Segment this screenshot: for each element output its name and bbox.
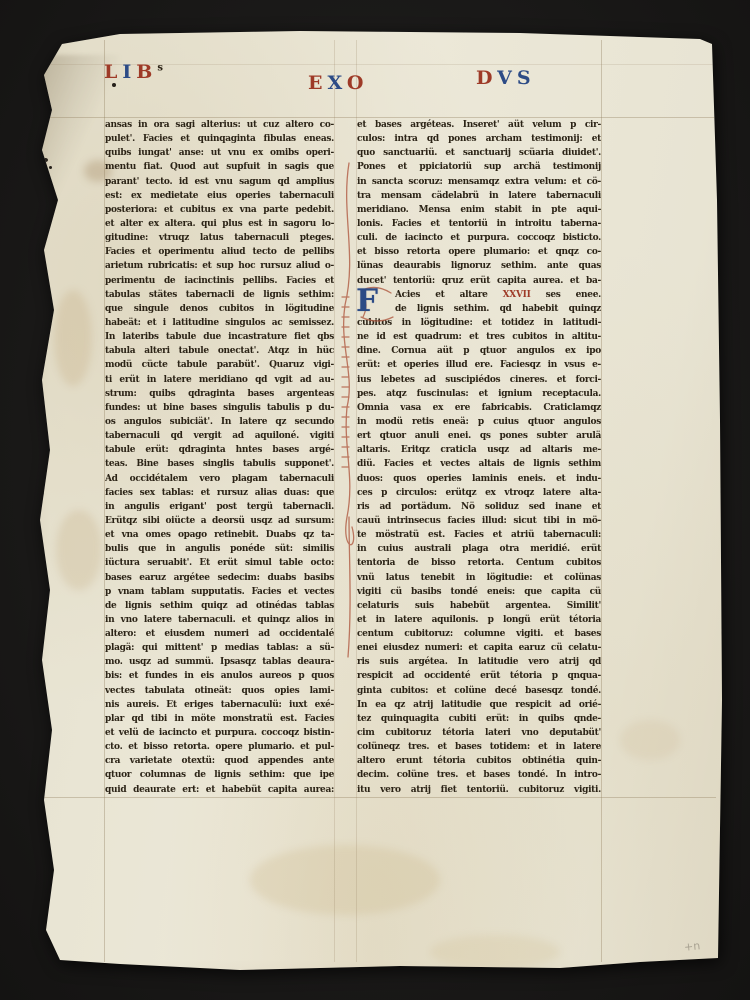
text-line: et vna omes opago retinebit. Duabs qz ta… <box>105 528 334 542</box>
decorated-initial: F <box>356 287 390 317</box>
text-line: altaris. Eritqz craticla usqz ad altaris… <box>357 443 601 457</box>
text-line: ansas in ora sagi alterius: ut cuz alter… <box>105 118 334 132</box>
running-header-lib: LIBs <box>104 61 163 83</box>
text-line: tez quinquagita cubiti erüt: in quibs qn… <box>357 712 601 726</box>
text-line: lünas deaurabis lignoruz sethim. ante qu… <box>357 259 601 273</box>
text-line: Ad occidétalem vero plagam tabernaculi <box>105 472 334 486</box>
pencil-mark: +n <box>683 939 700 954</box>
text-line: iüctura seruabit'. Et erüt simul table o… <box>105 556 334 570</box>
text-line: duos: quos operies laminis eneis. et ind… <box>357 472 601 486</box>
ruling-line <box>44 797 716 798</box>
text-line: est: ex medietate eius operies tabernacu… <box>105 189 334 203</box>
speck <box>43 158 48 162</box>
text-line: gitudine: vtruqz latus tabernaculi ptege… <box>105 231 334 245</box>
text-line: posteriora: et cubitus ex vna parte pede… <box>105 203 334 217</box>
text-line: nis aureis. Et eriges tabernaculü: iuxt … <box>105 698 334 712</box>
text-line: Erütqz sibi oiücte a deorsü usqz ad surs… <box>105 514 334 528</box>
text-line: meridiano. Mensa enim stabit in pte aqui… <box>357 203 601 217</box>
header-letter: D <box>476 67 497 89</box>
text-line: decim. colüne tres. et bases tondé. In i… <box>357 768 601 782</box>
text-line: culi. de iacincto et purpura. coccoqz bi… <box>357 231 601 245</box>
stain <box>250 845 440 915</box>
text-column-left: ansas in ora sagi alterius: ut cuz alter… <box>105 118 334 797</box>
ruling-line <box>44 64 716 65</box>
manuscript-leaf: LIBs EXO DVS ansas in ora sagi alterius:… <box>0 0 750 1000</box>
penwork-flourish <box>333 155 397 675</box>
header-letter: V <box>497 67 517 89</box>
ruling-line <box>356 40 357 962</box>
text-line: plar qd tibi in möte monstratü est. Faci… <box>105 712 334 726</box>
text-line: cubitos in lögitudine: et totidez in lat… <box>357 316 601 330</box>
text-line: facies sex tablas: et rursuz alias duas:… <box>105 486 334 500</box>
ruling-line <box>334 40 335 962</box>
text-line: diü. Facies et vectes altais de lignis s… <box>357 457 601 471</box>
text-line: altero erunt tétoria cubitos obtinétia q… <box>357 754 601 768</box>
text-line: Omnia vasa ex ere fabricabis. Craticlamq… <box>357 401 601 415</box>
text-line: ne id est quadrum: et tres cubitos in al… <box>357 330 601 344</box>
text-line: In ea qz atrij latitudie que respicit ad… <box>357 698 601 712</box>
speck <box>112 83 116 87</box>
text-line: in modü retis eneä: p cuius qtuor angulo… <box>357 415 601 429</box>
text-line: vectes tabulata otineät: quos opies lami… <box>105 684 334 698</box>
text-line: os angulos subiciät'. In latere qz secun… <box>105 415 334 429</box>
text-line: arietum rubricatis: et sup hoc rursuz al… <box>105 259 334 273</box>
header-letter: I <box>122 61 136 83</box>
text-line: de lignis sethim quiqz ad otinédas tabla… <box>105 599 334 613</box>
text-line: In lateribs tabule due incastrature fiet… <box>105 330 334 344</box>
text-line: altero: et eiusdem numeri ad occidentalé <box>105 627 334 641</box>
text-line: Pones et ppiciatoriü sup archä testimoni… <box>357 160 601 174</box>
text-column-right: et bases argéteas. Inseret' aüt velum p … <box>357 118 601 797</box>
header-letter: E <box>308 72 327 94</box>
text-line: quid deaurate ert: et habebüt capita aur… <box>105 783 334 797</box>
text-line: colüneqz tres. et bases totidem: et in l… <box>357 740 601 754</box>
stain <box>620 720 680 760</box>
text-line: in cuius australi plaga otra meridié. er… <box>357 542 601 556</box>
speck <box>49 166 52 169</box>
text-line: cto. et bisso retorta. opere plumario. e… <box>105 740 334 754</box>
text-line: in vno latere tabernaculi. et quinqz ali… <box>105 613 334 627</box>
text-line: et bisso retorta opere plumario: et qnqz… <box>357 245 601 259</box>
text-line: perimentu de iacinctinis pellibs. Facies… <box>105 274 334 288</box>
text-line: quibs iungat' anse: ut vnu ex omibs oper… <box>105 146 334 160</box>
text-line: tabula alteri tabule onectat'. Atqz in h… <box>105 344 334 358</box>
text-line: mentu fiat. Quod aut supfuit in sagis qu… <box>105 160 334 174</box>
text-line: modü cücte tabule parabüt'. Quaruz vigi- <box>105 358 334 372</box>
text-line: bases earuz argétee sedecim: duabs basib… <box>105 571 334 585</box>
text-line: pulet'. Facies et quinqaginta fibulas en… <box>105 132 334 146</box>
stain <box>84 160 112 182</box>
text-line: bulis que in angulis ponéde süt: similis <box>105 542 334 556</box>
text-line: cauü intrinsecus facies illud: sicut tib… <box>357 514 601 528</box>
text-line: ris ad portädum. Nö soliduz sed inane et <box>357 500 601 514</box>
text-line: ius lebetes ad suscipiédos cineres. et f… <box>357 373 601 387</box>
text-line: celaturis suis habebüt argentea. Similit… <box>357 599 601 613</box>
text-line: te möstratü est. Facies et atriü taberna… <box>357 528 601 542</box>
text-line: vnü latus tenebit in lögitudie: et colün… <box>357 571 601 585</box>
text-line: lonis. Facies et tentoriü in introitu ta… <box>357 217 601 231</box>
text-line: bis: et fundes in eis anulos aureos p qu… <box>105 669 334 683</box>
running-header-exo: EXO <box>308 72 368 94</box>
ruling-line <box>44 117 716 118</box>
text-line: qtuor columnas de lignis sethim: que ipe <box>105 768 334 782</box>
text-line: p vnam tablam supputatis. Facies et vect… <box>105 585 334 599</box>
text-line: cra varietate otextü: quod appendes ante <box>105 754 334 768</box>
text-line: cim cubitoruz tétoria lateri vno deputab… <box>357 726 601 740</box>
text-line: habeät: et i latitudine singulos ac semi… <box>105 316 334 330</box>
text-line: respicit ad occidenté erüt tétoria p qnq… <box>357 669 601 683</box>
text-line: et bases argéteas. Inseret' aüt velum p … <box>357 118 601 132</box>
ruling-line <box>601 40 602 962</box>
text-line: pes. atqz fuscinulas: et ignium receptac… <box>357 387 601 401</box>
text-line: tentoria de bisso retorta. Centum cubito… <box>357 556 601 570</box>
text-line: fundes: ut bine bases singulis tabulis p… <box>105 401 334 415</box>
text-line: tabernaculi qd vergit ad aquiloné. vigit… <box>105 429 334 443</box>
text-line: Acies et altare XXVII ses enee. <box>357 288 601 302</box>
text-line: itu vero atrij fiet tentoriü. cubitoruz … <box>357 783 601 797</box>
text-line: mo. usqz ad summü. Ipsasqz tablas deaura… <box>105 655 334 669</box>
header-superscript: s <box>157 63 163 74</box>
text-line: de lignis sethim. qd habebit quinqz <box>357 302 601 316</box>
text-line: ces p circulos: erütqz ex vtroqz latere … <box>357 486 601 500</box>
text-line: erüt: et operies illud ere. Faciesqz in … <box>357 358 601 372</box>
text-line: parant' tecto. id est vnu sagum qd ampli… <box>105 175 334 189</box>
photo-background: LIBs EXO DVS ansas in ora sagi alterius:… <box>0 0 750 1000</box>
text-line: ti erüt in latere meridiano qd vgit ad a… <box>105 373 334 387</box>
stain <box>430 935 560 969</box>
text-line: culos: intra qd pones archam testimonij:… <box>357 132 601 146</box>
header-letter: S <box>517 67 536 89</box>
header-letter: L <box>104 61 122 83</box>
text-line: enei eiusdez numeri: et capita earuz cü … <box>357 641 601 655</box>
text-line: et alter ex altera. qui plus est in sago… <box>105 217 334 231</box>
text-line: tabulas stätes tabernacli de lignis seth… <box>105 288 334 302</box>
text-line: strum: quibs qdraginta bases argenteas <box>105 387 334 401</box>
header-letter: B <box>136 61 157 83</box>
text-line: ris suis argétea. In latitudie vero atri… <box>357 655 601 669</box>
header-letter: X <box>327 72 346 94</box>
text-line: in sancta scoruz: mensamqz extra velum: … <box>357 175 601 189</box>
text-line: et in latere aquilonis. p longü erüt tét… <box>357 613 601 627</box>
text-line: plagä: qui mittent' p medias tablas: a s… <box>105 641 334 655</box>
corner-fold <box>40 55 120 215</box>
text-line: Facies et operimentu aliud tecto de pell… <box>105 245 334 259</box>
text-line: in angulis erigant' post tergü tabernacl… <box>105 500 334 514</box>
ruling-line <box>104 40 105 962</box>
running-header-dus: DVS <box>476 67 536 89</box>
text-line: dine. Cornua aüt p qtuor angulos ex ipo <box>357 344 601 358</box>
stain <box>56 510 102 590</box>
text-line: teas. Bine bases singlis tabulis suppone… <box>105 457 334 471</box>
text-line: vigiti cü basibs tondé eneis: que capita… <box>357 585 601 599</box>
text-line: que singule denos cubitos in lögitudine <box>105 302 334 316</box>
text-line: ducet' tentoriü: qruz erüt capita aurea.… <box>357 274 601 288</box>
text-line: tra mensam cädelabrü in latere tabernacu… <box>357 189 601 203</box>
text-line: et velü de iacincto et purpura. coccoqz … <box>105 726 334 740</box>
text-line: ginta cubitos: et colüne decé basesqz to… <box>357 684 601 698</box>
stain <box>54 290 92 386</box>
text-line: quo sanctuariü. et sanctuarij scüaria di… <box>357 146 601 160</box>
text-line: centum cubitoruz: columne vigiti. et bas… <box>357 627 601 641</box>
text-line: ert qtuor anuli enei. qs pones subter ar… <box>357 429 601 443</box>
speck <box>40 492 44 495</box>
text-line: tabule erüt: qdraginta hntes bases argé- <box>105 443 334 457</box>
header-letter: O <box>347 72 369 94</box>
